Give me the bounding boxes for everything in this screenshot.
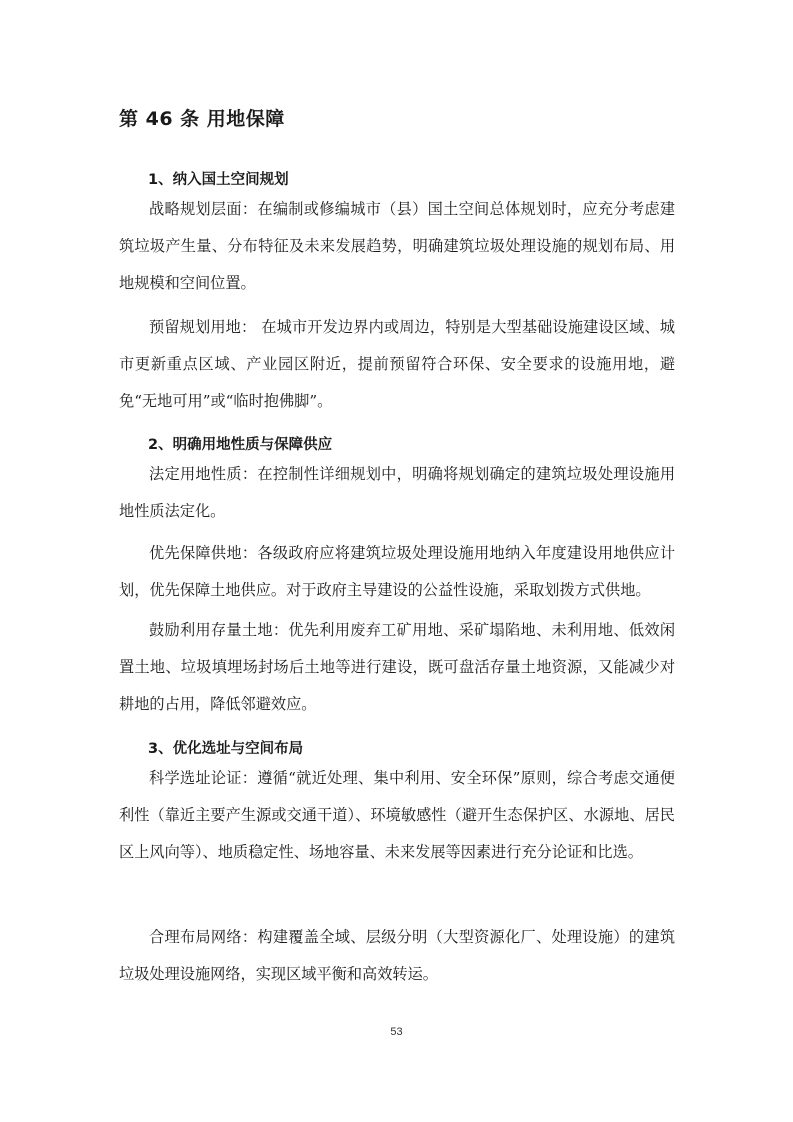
article-title: 第 46 条 用地保障 [119, 104, 285, 131]
paragraph-layout-network: 合理布局网络：构建覆盖全域、层级分明（大型资源化厂、处理设施）的建筑垃圾处理设施… [119, 919, 675, 993]
section-heading-2: 2、明确用地性质与保障供应 [148, 433, 332, 454]
paragraph-statutory-land-use: 法定用地性质：在控制性详细规划中，明确将规划确定的建筑垃圾处理设施用地性质法定化… [119, 456, 675, 530]
paragraph-existing-land: 鼓励利用存量土地：优先利用废弃工矿用地、采矿塌陷地、未利用地、低效闲置土地、垃圾… [119, 612, 675, 723]
paragraph-strategic-planning: 战略规划层面：在编制或修编城市（县）国土空间总体规划时，应充分考虑建筑垃圾产生量… [119, 191, 675, 302]
section-heading-3: 3、优化选址与空间布局 [148, 737, 303, 758]
paragraph-priority-supply: 优先保障供地：各级政府应将建筑垃圾处理设施用地纳入年度建设用地供应计划，优先保障… [119, 535, 675, 609]
paragraph-reserved-land: 预留规划用地： 在城市开发边界内或周边，特别是大型基础设施建设区域、城市更新重点… [119, 309, 675, 420]
paragraph-site-selection: 科学选址论证：遵循“就近处理、集中利用、安全环保”原则，综合考虑交通便利性（靠近… [119, 760, 675, 871]
section-heading-1: 1、纳入国土空间规划 [148, 168, 289, 189]
page-number: 53 [0, 1026, 793, 1038]
